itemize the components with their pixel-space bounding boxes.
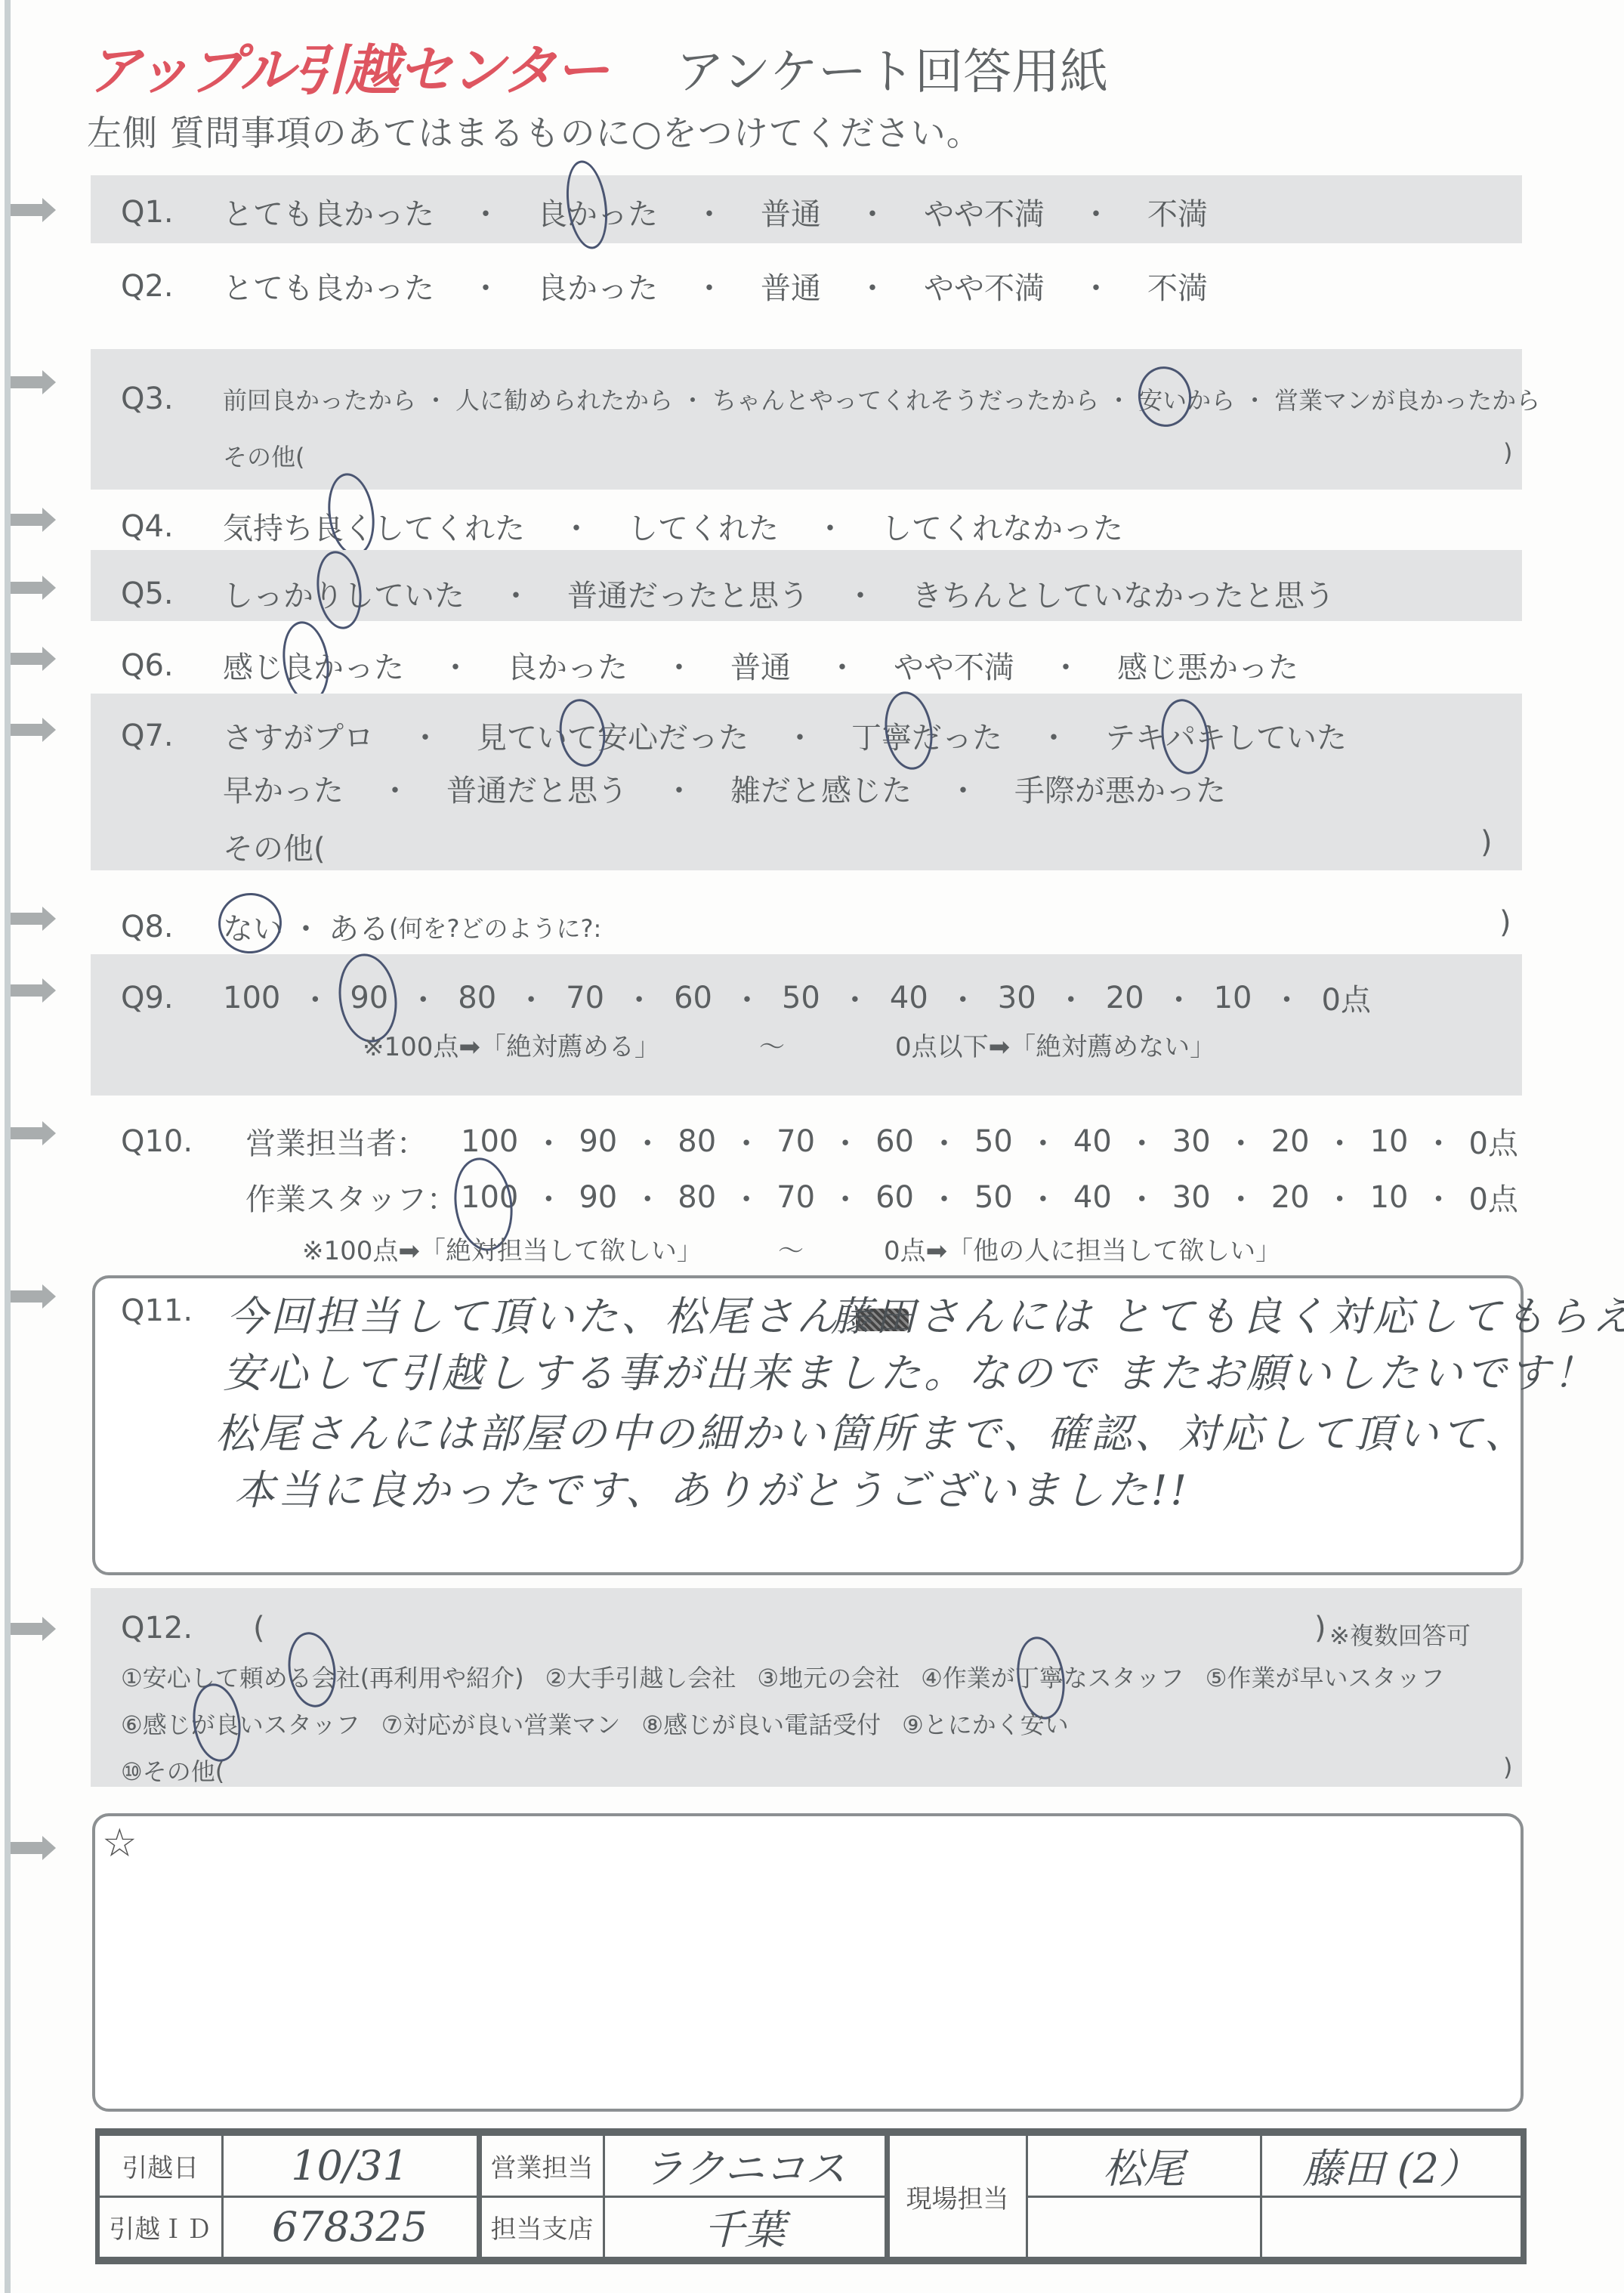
q7-other-close: ) — [1480, 825, 1493, 860]
q10-sales-70[interactable]: 70 — [776, 1124, 815, 1159]
q7-option-4[interactable]: テキパキしていた — [1105, 714, 1347, 757]
question-q6: Q6. 感じ良かった・ 良かった・ 普通・ やや不満・ 感じ悪かった — [121, 644, 1298, 687]
q2-option-4[interactable]: やや不満 — [924, 264, 1045, 307]
arrow-icon — [11, 1121, 56, 1145]
q9-score-100[interactable]: 100 — [223, 981, 280, 1015]
q12-multi-note: ※複数回答可 — [1329, 1617, 1471, 1652]
q8-option-some[interactable]: ある — [329, 905, 389, 948]
branch-label: 担当支店 — [479, 2196, 604, 2261]
instruction-text: 左側 質問事項のあてはまるものに○をつけてください。 — [87, 106, 982, 156]
arrow-icon — [11, 198, 56, 222]
q8-detail-prompt: (何を?どのように?: — [389, 910, 601, 944]
site-staff-label: 現場担当 — [887, 2132, 1027, 2261]
move-date-value[interactable]: 10/31 — [222, 2132, 479, 2196]
q12-row2: ⑥感じが良いスタッフ ⑦対応が良い営業マン ⑧感じが良い電話受付 ⑨とにかく安い — [121, 1706, 1069, 1741]
q2-option-2[interactable]: 良かった — [537, 264, 658, 307]
q10-sales-40[interactable]: 40 — [1073, 1124, 1112, 1159]
q9-label: Q9. — [121, 981, 223, 1015]
q5-option-2[interactable]: 普通だったと思う — [567, 572, 809, 615]
q4-option-2[interactable]: してくれた — [628, 505, 779, 548]
q3-label: Q3. — [121, 382, 223, 416]
q3-other: その他( — [223, 438, 305, 473]
q7-label: Q7. — [121, 718, 223, 753]
q9-score-80[interactable]: 80 — [458, 981, 496, 1015]
arrow-icon — [11, 508, 56, 532]
q10-staff-100[interactable]: 100 — [461, 1180, 518, 1215]
q12-option-9[interactable]: ⑨とにかく安い — [902, 1706, 1069, 1741]
q9-score-10[interactable]: 10 — [1214, 981, 1252, 1015]
q4-label: Q4. — [121, 509, 223, 544]
arrow-icon — [11, 1617, 56, 1641]
question-q10-staff: 作業スタッフ： 100・ 90・ 80・ 70・ 60・ 50・ 40・ 30・… — [245, 1176, 1518, 1219]
arrow-icon — [11, 718, 56, 742]
q11-line-3: 安心して引越しする事が出来ました。なので またお願いしたいです！ — [223, 1341, 1597, 1399]
q3-option-5[interactable]: 営業マンが良かったから — [1274, 382, 1540, 416]
q2-option-5[interactable]: 不満 — [1147, 264, 1208, 307]
q10-note-right: 0点➡「他の人に担当して欲しい」 — [884, 1230, 1281, 1267]
q9-note-left: ※100点➡「絶対薦める」 — [363, 1026, 660, 1063]
q12-option-8[interactable]: ⑧感じが良い電話受付 — [641, 1706, 881, 1741]
q3-option-1[interactable]: 前回良かったから — [223, 382, 416, 416]
q9-score-60[interactable]: 60 — [674, 981, 712, 1015]
q12-option-1[interactable]: ①安心して頼める会社(再利用や紹介) — [121, 1659, 524, 1694]
q7-option-5[interactable]: 早かった — [223, 767, 344, 810]
q5-option-3[interactable]: きちんとしていなかったと思う — [912, 572, 1335, 615]
q11-label: Q11. — [121, 1293, 193, 1328]
q10-sales-10[interactable]: 10 — [1370, 1124, 1409, 1159]
q12-other: ⑩その他( — [121, 1753, 224, 1788]
q1-option-2[interactable]: 良かった — [537, 190, 658, 233]
q10-staff-0[interactable]: 0点 — [1469, 1176, 1518, 1219]
question-q9: Q9. 100・ 90・ 80・ 70・ 60・ 50・ 40・ 30・ 20・… — [121, 976, 1371, 1019]
question-q8: Q8. ない・ ある (何を?どのように?: — [121, 905, 601, 948]
site-staff-4[interactable] — [1261, 2196, 1524, 2261]
q7-other: その他( — [223, 825, 326, 868]
q1-option-1[interactable]: とても良かった — [223, 190, 434, 233]
q11-line-2: 藤田さんには とても良く対応してもらえて — [831, 1284, 1624, 1343]
q10-staff-40[interactable]: 40 — [1073, 1180, 1112, 1215]
q10-staff-10[interactable]: 10 — [1370, 1180, 1409, 1215]
q10-label: Q10. — [121, 1124, 245, 1159]
q12-row1: ①安心して頼める会社(再利用や紹介) ②大手引越し会社 ③地元の会社 ④作業が丁… — [121, 1659, 1444, 1694]
q3-other-label: その他( — [223, 438, 305, 473]
q10-sales-20[interactable]: 20 — [1271, 1124, 1310, 1159]
q7-option-3[interactable]: 丁寧だった — [851, 714, 1002, 757]
q12-option-6[interactable]: ⑥感じが良いスタッフ — [121, 1706, 360, 1741]
q9-score-20[interactable]: 20 — [1106, 981, 1144, 1015]
branch-value[interactable]: 千葉 — [604, 2196, 887, 2261]
question-q3: Q3. 前回良かったから・ 人に勧められたから・ ちゃんとやってくれそうだったか… — [121, 382, 1540, 416]
q10-note-tilde: ～ — [778, 1230, 804, 1267]
q9-score-90[interactable]: 90 — [350, 981, 388, 1015]
arrow-icon — [11, 1836, 56, 1860]
q8-detail-close: ) — [1499, 905, 1511, 940]
q2-option-1[interactable]: とても良かった — [223, 264, 434, 307]
q10-staff-20[interactable]: 20 — [1271, 1180, 1310, 1215]
q8-label: Q8. — [121, 910, 223, 944]
q3-option-3[interactable]: ちゃんとやってくれそうだったから — [712, 382, 1099, 416]
arrow-icon — [11, 907, 56, 931]
arrow-icon — [11, 370, 56, 394]
q7-option-6[interactable]: 普通だと思う — [446, 767, 628, 810]
q10-sales-60[interactable]: 60 — [875, 1124, 914, 1159]
q10-staff-30[interactable]: 30 — [1172, 1180, 1211, 1215]
q1-option-5[interactable]: 不満 — [1147, 190, 1208, 233]
q11-line-1: 今回担当して頂いた、松尾さん — [227, 1284, 909, 1343]
question-q4: Q4. 気持ち良くしてくれた・ してくれた・ してくれなかった — [121, 505, 1123, 548]
q3-option-4[interactable]: 安いから — [1138, 382, 1235, 416]
arrow-icon — [11, 1284, 56, 1309]
q10-sales-0[interactable]: 0点 — [1469, 1120, 1518, 1163]
q12-other-close: ) — [1503, 1753, 1512, 1782]
q6-label: Q6. — [121, 648, 223, 683]
q1-option-3[interactable]: 普通 — [761, 190, 821, 233]
q3-band — [91, 349, 1522, 490]
q12-option-7[interactable]: ⑦対応が良い営業マン — [381, 1706, 621, 1741]
q10-staff-80[interactable]: 80 — [678, 1180, 716, 1215]
q9-score-30[interactable]: 30 — [998, 981, 1036, 1015]
binder-edge — [5, 0, 11, 2293]
move-id-value[interactable]: 678325 — [222, 2196, 479, 2261]
q5-label: Q5. — [121, 576, 223, 611]
site-staff-3[interactable] — [1027, 2196, 1261, 2261]
q7-option-1[interactable]: さすがプロ — [223, 714, 374, 757]
q2-option-3[interactable]: 普通 — [761, 264, 821, 307]
arrow-icon — [11, 978, 56, 1003]
sales-rep-value[interactable]: ラクニコス — [604, 2132, 887, 2196]
move-info-table: 引越日 10/31 営業担当 ラクニコス 現場担当 松尾 藤田 (2） 引越ＩＤ… — [95, 2128, 1527, 2264]
q6-option-3[interactable]: 普通 — [730, 644, 791, 687]
q7-option-2[interactable]: 見ていて安心だった — [477, 714, 749, 757]
q10-sales-30[interactable]: 30 — [1172, 1124, 1211, 1159]
q3-other-close: ) — [1503, 438, 1512, 467]
q9-score-70[interactable]: 70 — [566, 981, 604, 1015]
q6-option-1[interactable]: 感じ良かった — [223, 644, 404, 687]
q9-score-40[interactable]: 40 — [890, 981, 928, 1015]
q9-note-right: 0点以下➡「絶対薦めない」 — [895, 1026, 1215, 1063]
q9-score-50[interactable]: 50 — [782, 981, 820, 1015]
q5-option-1[interactable]: しっかりしていた — [223, 572, 465, 615]
q12-option-2[interactable]: ②大手引越し会社 — [545, 1659, 736, 1694]
q10-sales-label: 営業担当者： — [245, 1120, 461, 1163]
q10-staff-50[interactable]: 50 — [974, 1180, 1013, 1215]
move-id-label: 引越ＩＤ — [97, 2196, 222, 2261]
q10-sales-90[interactable]: 90 — [579, 1124, 617, 1159]
q7-option-7[interactable]: 雑だと感じた — [730, 767, 912, 810]
q6-option-5[interactable]: 感じ悪かった — [1117, 644, 1298, 687]
q10-sales-50[interactable]: 50 — [974, 1124, 1013, 1159]
question-q2: Q2. とても良かった・ 良かった・ 普通・ やや不満・ 不満 — [121, 264, 1208, 307]
q6-option-2[interactable]: 良かった — [507, 644, 628, 687]
q1-option-4[interactable]: やや不満 — [924, 190, 1045, 233]
q4-option-3[interactable]: してくれなかった — [881, 505, 1123, 548]
q10-sales-80[interactable]: 80 — [678, 1124, 716, 1159]
sales-rep-label: 営業担当 — [479, 2132, 604, 2196]
form-title: アンケート回答用紙 — [676, 33, 1108, 103]
q10-sales-100[interactable]: 100 — [461, 1124, 518, 1159]
question-q12: Q12. ( — [121, 1611, 265, 1646]
q6-option-4[interactable]: やや不満 — [894, 644, 1014, 687]
question-q7-row2: 早かった・ 普通だと思う・ 雑だと感じた・ 手際が悪かった — [223, 767, 1226, 810]
q2-label: Q2. — [121, 269, 223, 304]
q11-line-5: 本当に良かったです、ありがとうございました!! — [234, 1458, 1190, 1516]
q12-paren-close: ) — [1314, 1611, 1326, 1646]
star-icon: ☆ — [102, 1821, 137, 1866]
site-staff-1[interactable]: 松尾 — [1027, 2132, 1261, 2196]
q8-option-none[interactable]: ない — [223, 905, 283, 948]
company-name: アップル引越センター — [87, 26, 607, 105]
q1-label: Q1. — [121, 195, 223, 230]
q4-option-1[interactable]: 気持ち良くしてくれた — [223, 505, 525, 548]
q12-paren-open: ( — [253, 1611, 265, 1646]
question-q1: Q1. とても良かった・ 良かった・ 普通・ やや不満・ 不満 — [121, 190, 1208, 233]
q7-option-8[interactable]: 手際が悪かった — [1014, 767, 1226, 810]
q10-staff-70[interactable]: 70 — [776, 1180, 815, 1215]
arrow-icon — [11, 647, 56, 671]
q10-staff-90[interactable]: 90 — [579, 1180, 617, 1215]
q10-staff-label: 作業スタッフ： — [245, 1176, 461, 1219]
move-date-label: 引越日 — [97, 2132, 222, 2196]
q9-note-tilde: ～ — [759, 1026, 785, 1063]
q10-note-left: ※100点➡「絶対担当して欲しい」 — [302, 1230, 702, 1267]
q9-score-0[interactable]: 0点 — [1322, 976, 1371, 1019]
q12-option-3[interactable]: ③地元の会社 — [757, 1659, 900, 1694]
q10-staff-60[interactable]: 60 — [875, 1180, 914, 1215]
q12-option-5[interactable]: ⑤作業が早いスタッフ — [1206, 1659, 1445, 1694]
q12-option-4[interactable]: ④作業が丁寧なスタッフ — [921, 1659, 1184, 1694]
q11-line-4: 松尾さんには部屋の中の細かい箇所まで、確認、対応して頂いて、 — [215, 1401, 1528, 1460]
question-q7-row1: Q7. さすがプロ・ 見ていて安心だった・ 丁寧だった・ テキパキしていた — [121, 714, 1347, 757]
q3-option-2[interactable]: 人に勧められたから — [455, 382, 673, 416]
star-comment-box[interactable] — [92, 1813, 1524, 2112]
arrow-icon — [11, 576, 56, 600]
question-q5: Q5. しっかりしていた・ 普通だったと思う・ きちんとしていなかったと思う — [121, 572, 1335, 615]
site-staff-2[interactable]: 藤田 (2） — [1261, 2132, 1524, 2196]
q12-label: Q12. — [121, 1611, 253, 1646]
question-q10-sales: Q10. 営業担当者： 100・ 90・ 80・ 70・ 60・ 50・ 40・… — [121, 1120, 1518, 1163]
